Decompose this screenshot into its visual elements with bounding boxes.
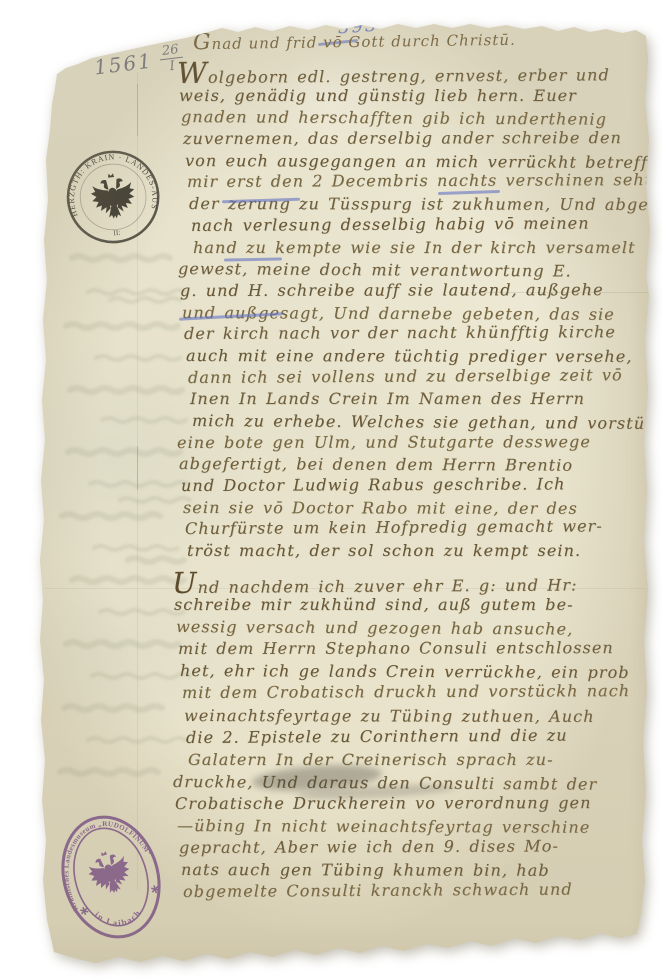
handwriting-line: zuvernemen, das derselbig ander schreibe… [183,127,653,150]
handwriting-line: mir erst den 2 Decembris nachts verschin… [187,169,653,193]
handwriting-line: obgemelte Consulti kranckh schwach und [183,878,653,903]
handwriting-line: mit dem Herrn Stephano Consuli entschlos… [178,637,653,660]
pencil-inventory-number: 16 [54,21,99,61]
handwriting-line: Galatern In der Creinerisch sprach zu- [188,749,653,771]
stamp-ring-text: Krainisches Landesmuseum „RUDOLFINUM“ [47,808,162,913]
museum-oval-stamp: Krainisches Landesmuseum „RUDOLFINUM“ in… [43,800,179,954]
handwriting-line: nach verlesung desselbig habig vō meinen [191,212,653,237]
paper-shadow: 16 1561 26 I 393 Gnad und frid vō Gott d… [0,0,662,980]
manuscript-photo: 16 1561 26 I 393 Gnad und frid vō Gott d… [0,0,662,980]
handwriting-line: weis, genädig und günstig lieb hern. Eue… [179,85,653,107]
handwriting-line: Und nachdem ich zuver ehr E. g: und Hr: [172,569,653,594]
handwriting-line: die 2. Epistele zu Corinthern und die zu [186,724,653,749]
pencil-year-annotation: 1561 [93,49,154,80]
handwriting-line: Crobatische Druckherein vo verordnung ge… [175,792,653,815]
handwriting-line: Inen In Lands Crein Im Namen des Herrn [190,388,653,410]
stamp-bottom-mark: II: [113,228,121,238]
handwriting-line: Wolgeborn edl. gestreng, ernvest, erber … [177,60,653,85]
handwriting-line: Churfürste um kein Hofpredig gemacht wer… [185,515,653,540]
handwriting-line: hand zu kempte wie sie In der kirch vers… [193,237,653,259]
letter-salutation-heading: Gnad und frid vō Gott durch Christū. [193,26,516,56]
handwriting-line: schreibe mir zukhünd sind, auß gutem be- [174,594,653,616]
handwriting-line: mit dem Crobatisch druckh und vorstückh … [182,680,653,704]
handwriting-line: gepracht, Aber wie ich den 9. dises Mo- [179,835,653,859]
svg-text:Krainisches Landesmuseum „RUDO: Krainisches Landesmuseum „RUDOLFINUM“ [47,808,162,913]
double-eagle-icon [84,846,136,899]
letter-paragraph-1: Wolgeborn edl. gestreng, ernvest, erber … [183,63,653,562]
archive-round-stamp: HERZGTH: KRAIN · LANDES-AUSSCHUSS II: [59,141,167,251]
double-eagle-icon [89,171,137,220]
svg-text:in Laibach: in Laibach [91,898,145,936]
paper-sheet: 16 1561 26 I 393 Gnad und frid vō Gott d… [0,0,662,980]
stamp-bottom-text: in Laibach [91,898,145,936]
handwriting-line: dann ich sei vollens und zu derselbige z… [188,364,653,389]
handwriting-line: der kirch nach vor der nacht khünfftig k… [184,321,653,345]
letter-paragraph-2: Und nachdem ich zuver ehr E. g: und Hr:s… [178,572,653,903]
handwriting-line: tröst macht, der sol schon zu kempt sein… [187,540,653,562]
handwriting-line: eine bote gen Ulm, und Stutgarte dessweg… [177,431,653,454]
handwriting-line: und Doctor Ludwig Rabus geschribe. Ich [181,473,653,497]
handwriting-line: g. und H. schreibe auff sie lautend, auß… [180,279,653,302]
